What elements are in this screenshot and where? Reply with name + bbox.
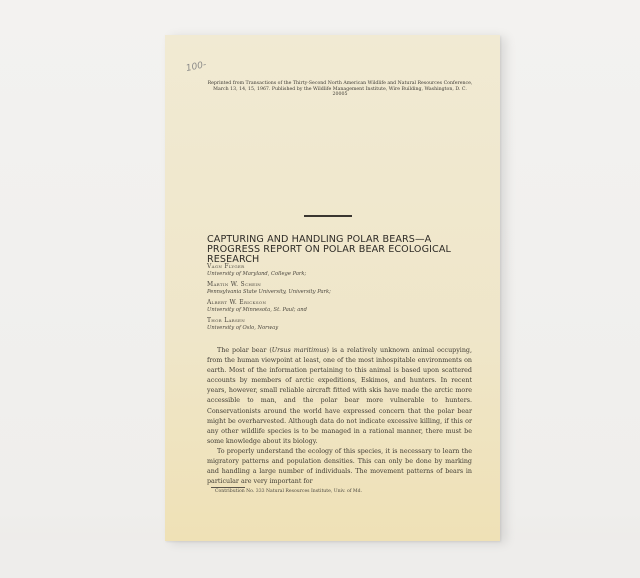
paragraph-text: The polar bear (	[217, 347, 272, 354]
author-entry: Thor Larsen University of Oslo, Norway	[207, 317, 472, 332]
author-name: Albert W. Erickson	[207, 299, 472, 307]
author-name: Martin W. Schein	[207, 281, 472, 289]
author-affiliation: University of Minnesota, St. Paul; and	[207, 307, 472, 314]
footnote-divider	[211, 487, 245, 488]
author-entry: Albert W. Erickson University of Minneso…	[207, 299, 472, 314]
body-paragraph: The polar bear (Ursus maritimus) is a re…	[207, 346, 472, 447]
article-title: CAPTURING AND HANDLING POLAR BEARS—A PRO…	[207, 235, 472, 264]
article-body: The polar bear (Ursus maritimus) is a re…	[207, 346, 472, 487]
species-name: Ursus maritimus	[272, 347, 327, 354]
paragraph-text: ) is a relatively unknown animal occupyi…	[207, 347, 472, 445]
footnote: Contribution No. 333 Natural Resources I…	[215, 489, 465, 495]
author-name: Vagn Flyger	[207, 263, 472, 271]
author-entry: Martin W. Schein Pennsylvania State Univ…	[207, 281, 472, 296]
reprint-notice: Reprinted from Transactions of the Thirt…	[205, 81, 475, 98]
author-name: Thor Larsen	[207, 317, 472, 325]
author-list: Vagn Flyger University of Maryland, Coll…	[207, 263, 472, 335]
author-affiliation: University of Oslo, Norway	[207, 325, 472, 332]
author-entry: Vagn Flyger University of Maryland, Coll…	[207, 263, 472, 278]
title-divider	[304, 215, 352, 217]
author-affiliation: University of Maryland, College Park;	[207, 271, 472, 278]
background-surface	[0, 540, 640, 578]
body-paragraph: To properly understand the ecology of th…	[207, 447, 472, 487]
author-affiliation: Pennsylvania State University, Universit…	[207, 289, 472, 296]
